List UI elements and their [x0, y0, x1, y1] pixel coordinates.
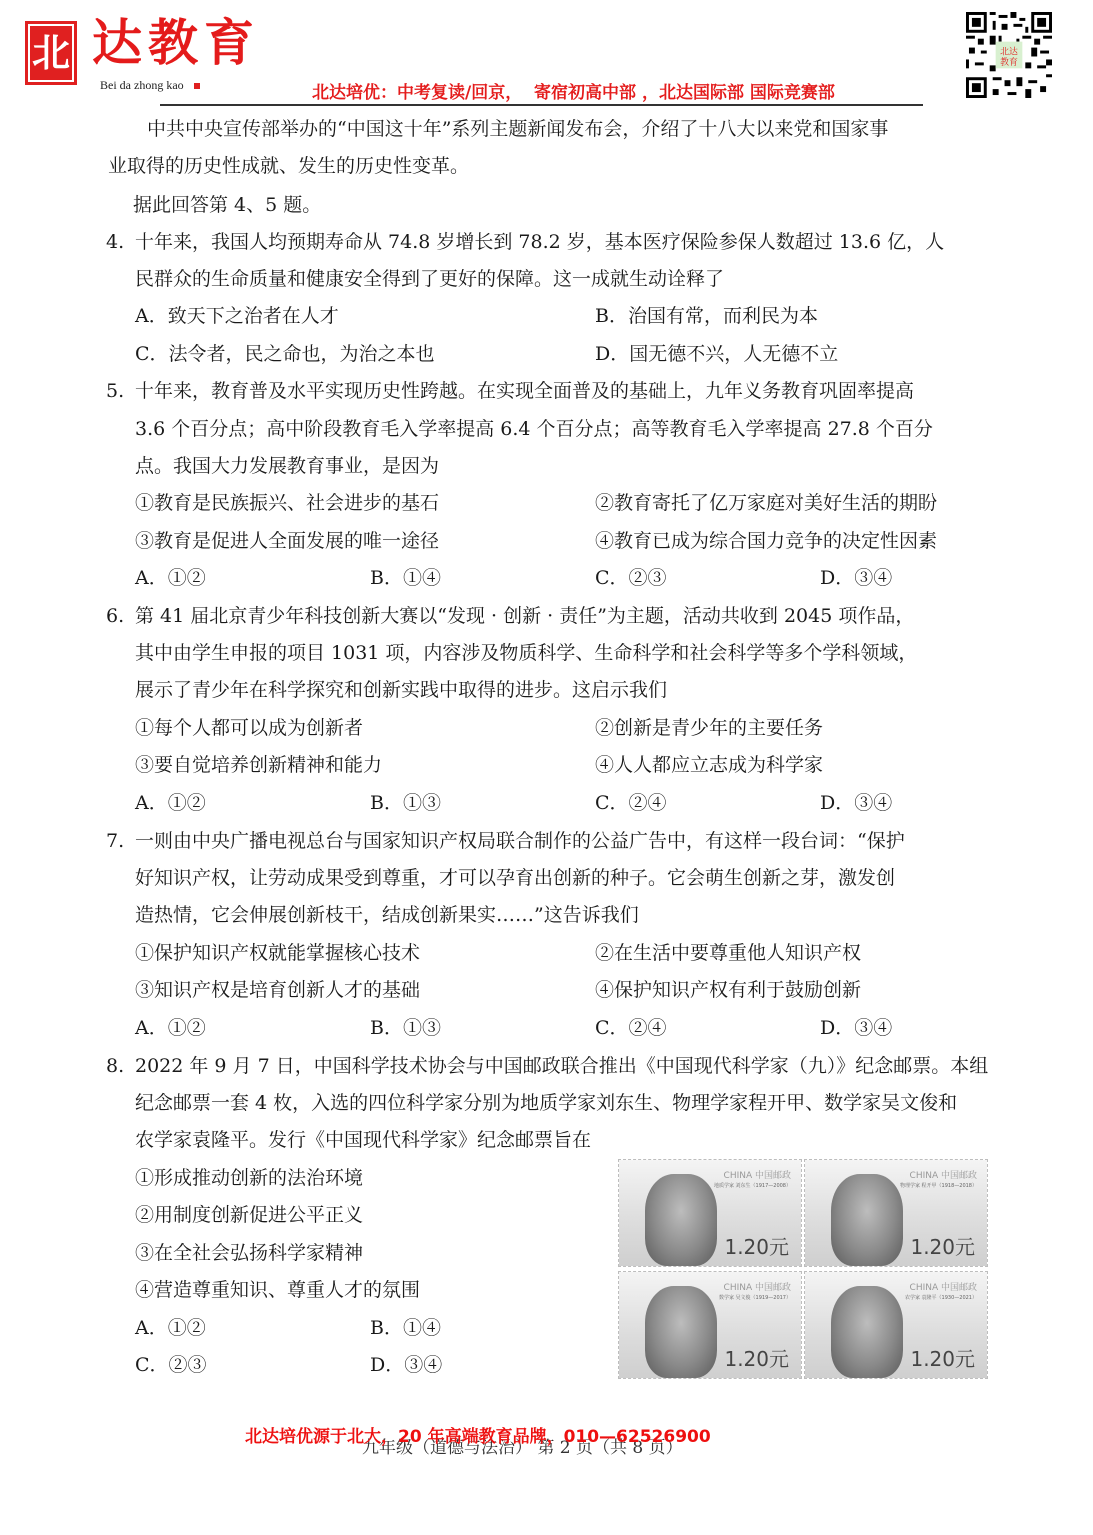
statement-1: ①教育是民族振兴、社会进步的基石	[135, 494, 439, 513]
header-slogan: 北达培优：中考复读/回京， 寄宿初高中部 ，北达国际部 国际竞赛部	[312, 78, 835, 103]
stamp-caption: 农学家 袁隆平（1930—2021）	[905, 1294, 977, 1301]
stamp-country: CHINA 中国邮政	[910, 1168, 977, 1181]
choice-d[interactable]: D．③④	[370, 1356, 442, 1375]
statement-3: ③要自觉培养创新精神和能力	[135, 756, 382, 775]
footer-ad: 北达培优源于北大，20 年高端教育品牌，010—62526900	[245, 1422, 711, 1447]
choice-c[interactable]: C．②③	[595, 569, 667, 588]
logo-name: 达教育	[92, 18, 260, 68]
choice-a[interactable]: A．①②	[135, 569, 206, 588]
question-stem-line: 农学家袁隆平。发行《中国现代科学家》纪念邮票旨在	[135, 1131, 591, 1150]
stamp-value: 1.20元	[910, 1231, 975, 1260]
choice-a[interactable]: A．①②	[135, 1019, 206, 1038]
stamp-caption: 地质学家 刘东生（1917—2008）	[714, 1182, 791, 1189]
stamp-sheet: CHINA 中国邮政 地质学家 刘东生（1917—2008） 1.20元 CHI…	[619, 1160, 999, 1382]
stamp-value: 1.20元	[910, 1343, 975, 1372]
question-stem-line: 造热情，它会伸展创新枝干，结成创新果实……”这告诉我们	[135, 906, 639, 925]
question-number: 5.	[106, 382, 124, 401]
svg-text:教育: 教育	[1000, 56, 1018, 68]
portrait-image	[831, 1286, 903, 1378]
question-number: 8.	[106, 1057, 124, 1076]
choice-a[interactable]: A．①②	[135, 1319, 206, 1338]
question-stem-line: 3.6 个百分点；高中阶段教育毛入学率提高 6.4 个百分点；高等教育毛入学率提…	[135, 420, 933, 439]
question-stem-line: 十年来，我国人均预期寿命从 74.8 岁增长到 78.2 岁，基本医疗保险参保人…	[135, 233, 944, 252]
choice-d[interactable]: D．国无德不兴，人无德不立	[595, 345, 838, 364]
question-number: 7.	[106, 832, 124, 851]
statement-2: ②创新是青少年的主要任务	[595, 719, 823, 738]
statement-3: ③在全社会弘扬科学家精神	[135, 1244, 363, 1263]
question-stem-line: 2022 年 9 月 7 日，中国科学技术协会与中国邮政联合推出《中国现代科学家…	[135, 1057, 988, 1076]
question-stem-line: 展示了青少年在科学探究和创新实践中取得的进步。这启示我们	[135, 681, 667, 700]
question-stem-line: 十年来，教育普及水平实现历史性跨越。在实现全面普及的基础上，九年义务教育巩固率提…	[135, 382, 914, 401]
choice-d[interactable]: D．③④	[820, 1019, 892, 1038]
question-number: 6.	[106, 607, 124, 626]
choice-d[interactable]: D．③④	[820, 794, 892, 813]
stamp-liu-dongsheng: CHINA 中国邮政 地质学家 刘东生（1917—2008） 1.20元	[619, 1160, 801, 1266]
stamp-country: CHINA 中国邮政	[724, 1280, 791, 1293]
question-stem-line: 纪念邮票一套 4 枚，入选的四位科学家分别为地质学家刘东生、物理学家程开甲、数学…	[135, 1094, 957, 1113]
portrait-image	[831, 1174, 903, 1266]
stamp-wu-wenjun: CHINA 中国邮政 数学家 吴文俊（1919—2017） 1.20元	[619, 1272, 801, 1378]
logo-square-icon	[194, 83, 200, 89]
choice-b[interactable]: B．①④	[370, 569, 441, 588]
intro-line-2: 业取得的历史性成就、发生的历史性变革。	[108, 157, 469, 176]
choice-b[interactable]: B．①③	[370, 794, 441, 813]
choice-c[interactable]: C．法令者，民之命也，为治之本也	[135, 345, 435, 364]
header-divider	[160, 104, 923, 106]
statement-4: ④保护知识产权有利于鼓励创新	[595, 981, 861, 1000]
question-stem-line: 第 41 届北京青少年科技创新大赛以“发现 · 创新 · 责任”为主题，活动共收…	[135, 607, 914, 626]
stamp-yuan-longping: CHINA 中国邮政 农学家 袁隆平（1930—2021） 1.20元	[805, 1272, 987, 1378]
question-stem-line: 点。我国大力发展教育事业，是因为	[135, 457, 439, 476]
question-stem-line: 其中由学生申报的项目 1031 项，内容涉及物质科学、生命科学和社会科学等多个学…	[135, 644, 917, 663]
logo-pinyin: Bei da zhong kao	[100, 78, 200, 93]
choice-a[interactable]: A．①②	[135, 794, 206, 813]
portrait-image	[645, 1286, 717, 1378]
statement-2: ②用制度创新促进公平正义	[135, 1206, 363, 1225]
statement-4: ④营造尊重知识、尊重人才的氛围	[135, 1281, 420, 1300]
question-stem-line: 好知识产权，让劳动成果受到尊重，才可以孕育出创新的种子。它会萌生创新之芽，激发创	[135, 869, 895, 888]
stamp-value: 1.20元	[724, 1231, 789, 1260]
choice-a[interactable]: A．致天下之治者在人才	[135, 307, 339, 326]
statement-4: ④教育已成为综合国力竞争的决定性因素	[595, 532, 937, 551]
stamp-caption: 物理学家 程开甲（1918—2018）	[900, 1182, 977, 1189]
statement-1: ①保护知识产权就能掌握核心技术	[135, 944, 420, 963]
choice-c[interactable]: C．②④	[595, 794, 667, 813]
qr-code-icon: 北达 教育	[966, 12, 1052, 98]
svg-text:北达: 北达	[1000, 45, 1018, 57]
statement-1: ①形成推动创新的法治环境	[135, 1169, 363, 1188]
statement-2: ②教育寄托了亿万家庭对美好生活的期盼	[595, 494, 937, 513]
choice-c[interactable]: C．②④	[595, 1019, 667, 1038]
logo-pinyin-text: Bei da zhong kao	[100, 78, 184, 92]
question-stem-line: 一则由中央广播电视总台与国家知识产权局联合制作的公益广告中，有这样一段台词：“保…	[135, 832, 905, 851]
statement-1: ①每个人都可以成为创新者	[135, 719, 363, 738]
statement-4: ④人人都应立志成为科学家	[595, 756, 823, 775]
choice-b[interactable]: B．①④	[370, 1319, 441, 1338]
statement-2: ②在生活中要尊重他人知识产权	[595, 944, 861, 963]
statement-3: ③知识产权是培育创新人才的基础	[135, 981, 420, 1000]
choice-c[interactable]: C．②③	[135, 1356, 207, 1375]
question-stem-line: 民群众的生命质量和健康安全得到了更好的保障。这一成就生动诠释了	[135, 270, 724, 289]
question-number: 4.	[106, 233, 124, 252]
portrait-image	[645, 1174, 717, 1266]
choice-b[interactable]: B．①③	[370, 1019, 441, 1038]
stamp-caption: 数学家 吴文俊（1919—2017）	[719, 1294, 791, 1301]
stamp-country: CHINA 中国邮政	[724, 1168, 791, 1181]
stamp-value: 1.20元	[724, 1343, 789, 1372]
intro-line-1: 中共中央宣传部举办的“中国这十年”系列主题新闻发布会，介绍了十八大以来党和国家事	[147, 120, 888, 139]
stamp-cheng-kaijia: CHINA 中国邮政 物理学家 程开甲（1918—2018） 1.20元	[805, 1160, 987, 1266]
stamp-country: CHINA 中国邮政	[910, 1280, 977, 1293]
intro-line-3: 据此回答第 4、5 题。	[133, 196, 321, 215]
choice-b[interactable]: B．治国有常，而利民为本	[595, 307, 818, 326]
logo-mark: 北	[26, 22, 76, 84]
choice-d[interactable]: D．③④	[820, 569, 892, 588]
logo-char: 北	[32, 34, 70, 72]
statement-3: ③教育是促进人全面发展的唯一途径	[135, 532, 439, 551]
